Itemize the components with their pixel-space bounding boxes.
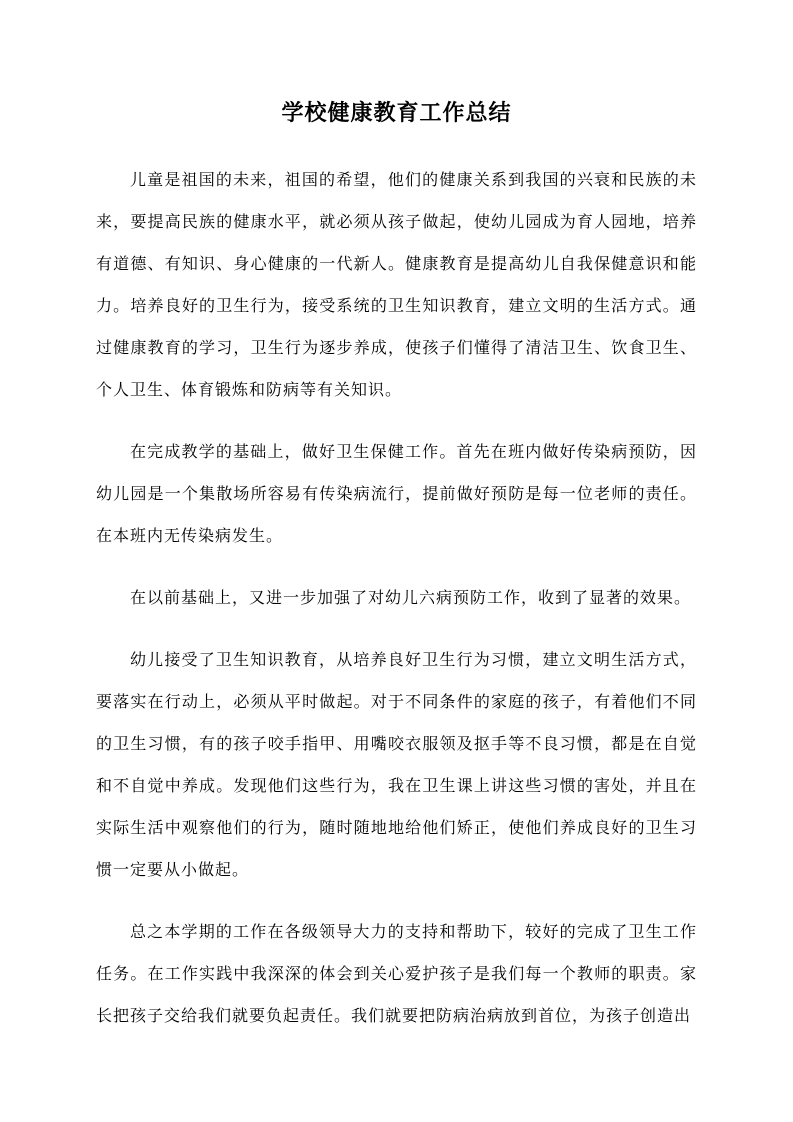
document-page: 学校健康教育工作总结 儿童是祖国的未来，祖国的希望，他们的健康关系到我国的兴衰和… [0, 0, 793, 1122]
paragraph-4: 幼儿接受了卫生知识教育，从培养良好卫生行为习惯，建立文明生活方式，要落实在行动上… [96, 640, 697, 892]
document-title: 学校健康教育工作总结 [96, 98, 697, 128]
paragraph-5: 总之本学期的工作在各级领导大力的支持和帮助下，较好的完成了卫生工作任务。在工作实… [96, 912, 697, 1038]
paragraph-3: 在以前基础上，又进一步加强了对幼儿六病预防工作，收到了显著的效果。 [96, 578, 697, 620]
paragraph-1: 儿童是祖国的未来，祖国的希望，他们的健康关系到我国的兴衰和民族的未来，要提高民族… [96, 160, 697, 412]
paragraph-2: 在完成教学的基础上，做好卫生保健工作。首先在班内做好传染病预防，因幼儿园是一个集… [96, 432, 697, 558]
